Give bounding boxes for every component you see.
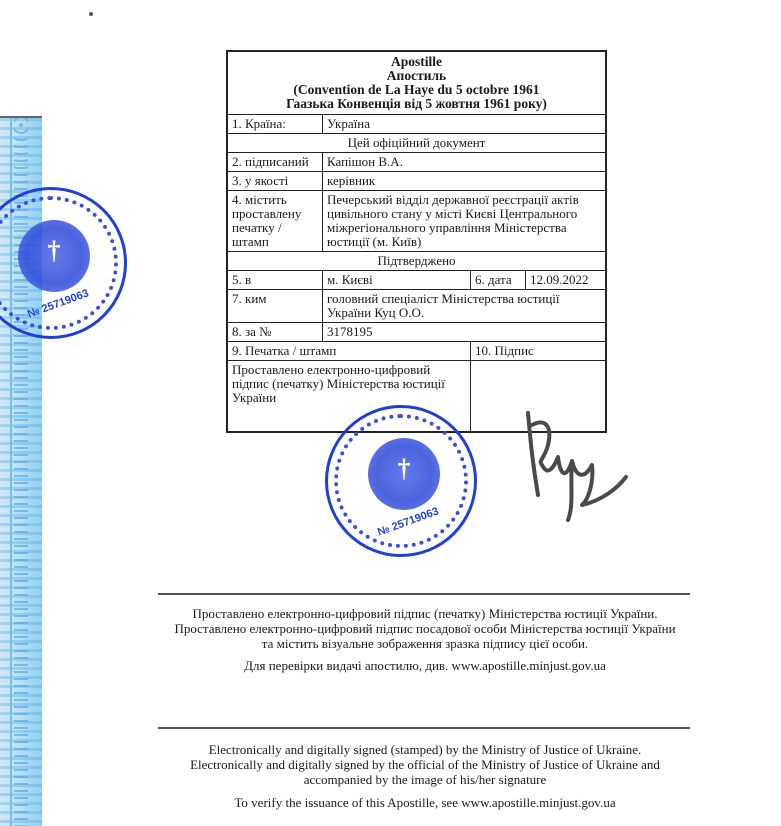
row-place-date: 5. в м. Києві 6. дата 12.09.2022 — [228, 270, 605, 289]
row-stamp-signature-labels: 9. Печатка / штамп 10. Підпис — [228, 341, 605, 360]
trident-icon: † — [18, 236, 90, 266]
country-value: Україна — [322, 115, 605, 133]
convention-ua: Гаазька Конвенція від 5 жовтня 1961 року… — [232, 97, 601, 111]
row-number: 8. за № 3178195 — [228, 322, 605, 341]
seal-label: 4. містить проставлену печатку / штамп — [228, 191, 322, 251]
footer-en-verify: To verify the issuance of this Apostille… — [150, 795, 700, 810]
signature-label: 10. Підпис — [470, 342, 605, 360]
stamp-main: † № 25719063 — [325, 405, 477, 557]
footer-ua-line2: Проставлено електронно-цифровий підпис п… — [150, 621, 700, 636]
speck — [89, 12, 93, 16]
row-by-whom: 7. ким головний спеціаліст Міністерства … — [228, 289, 605, 322]
by-whom-label: 7. ким — [228, 290, 322, 322]
apostille-table: Apostille Апостиль (Convention de La Hay… — [226, 50, 607, 433]
seal-value: Печерський відділ державної реєстрації а… — [322, 191, 605, 251]
signed-by-value: Капішон В.А. — [322, 153, 605, 171]
row-section-certified: Підтверджено — [228, 251, 605, 270]
signed-by-label: 2. підписаний — [228, 153, 322, 171]
stamp-label: 9. Печатка / штамп — [228, 342, 470, 360]
footer-ua-verify: Для перевірки видачі апостилю, див. www.… — [150, 658, 700, 673]
row-country: 1. Країна: Україна — [228, 114, 605, 133]
title-en: Apostille — [232, 55, 601, 69]
row-seal: 4. містить проставлену печатку / штамп П… — [228, 190, 605, 251]
apostille-header: Apostille Апостиль (Convention de La Hay… — [228, 52, 605, 114]
footer-ua-statement: Проставлено електронно-цифровий підпис (… — [150, 606, 700, 651]
number-value: 3178195 — [322, 323, 605, 341]
footer-en-statement: Electronically and digitally signed (sta… — [150, 742, 700, 787]
date-label: 6. дата — [470, 271, 525, 289]
row-capacity: 3. у якості керівник — [228, 171, 605, 190]
divider-en — [158, 727, 690, 729]
footer-ua-line3: та містить візуальне зображення зразка п… — [150, 636, 700, 651]
place-value: м. Києві — [322, 271, 470, 289]
title-ua: Апостиль — [232, 69, 601, 83]
footer-ua-line1: Проставлено електронно-цифровий підпис (… — [150, 606, 700, 621]
section-certified: Підтверджено — [228, 252, 605, 270]
by-whom-value: головний спеціаліст Міністерства юстиції… — [322, 290, 605, 322]
date-value: 12.09.2022 — [525, 271, 605, 289]
stamp-side: † № 25719063 — [0, 187, 127, 339]
section-document: Цей офіційний документ — [228, 134, 605, 152]
footer-en-line3: accompanied by the image of his/her sign… — [150, 772, 700, 787]
footer-en-line2: Electronically and digitally signed by t… — [150, 757, 700, 772]
capacity-label: 3. у якості — [228, 172, 322, 190]
row-signed-by: 2. підписаний Капішон В.А. — [228, 152, 605, 171]
footer-en-line1: Electronically and digitally signed (sta… — [150, 742, 700, 757]
handwritten-signature — [508, 405, 638, 525]
row-section-document: Цей офіційний документ — [228, 133, 605, 152]
country-label: 1. Країна: — [228, 115, 322, 133]
trident-icon: † — [368, 454, 440, 484]
place-label: 5. в — [228, 271, 322, 289]
convention-fr: (Convention de La Haye du 5 octobre 1961 — [232, 83, 601, 97]
number-label: 8. за № — [228, 323, 322, 341]
capacity-value: керівник — [322, 172, 605, 190]
divider-ua — [158, 593, 690, 595]
